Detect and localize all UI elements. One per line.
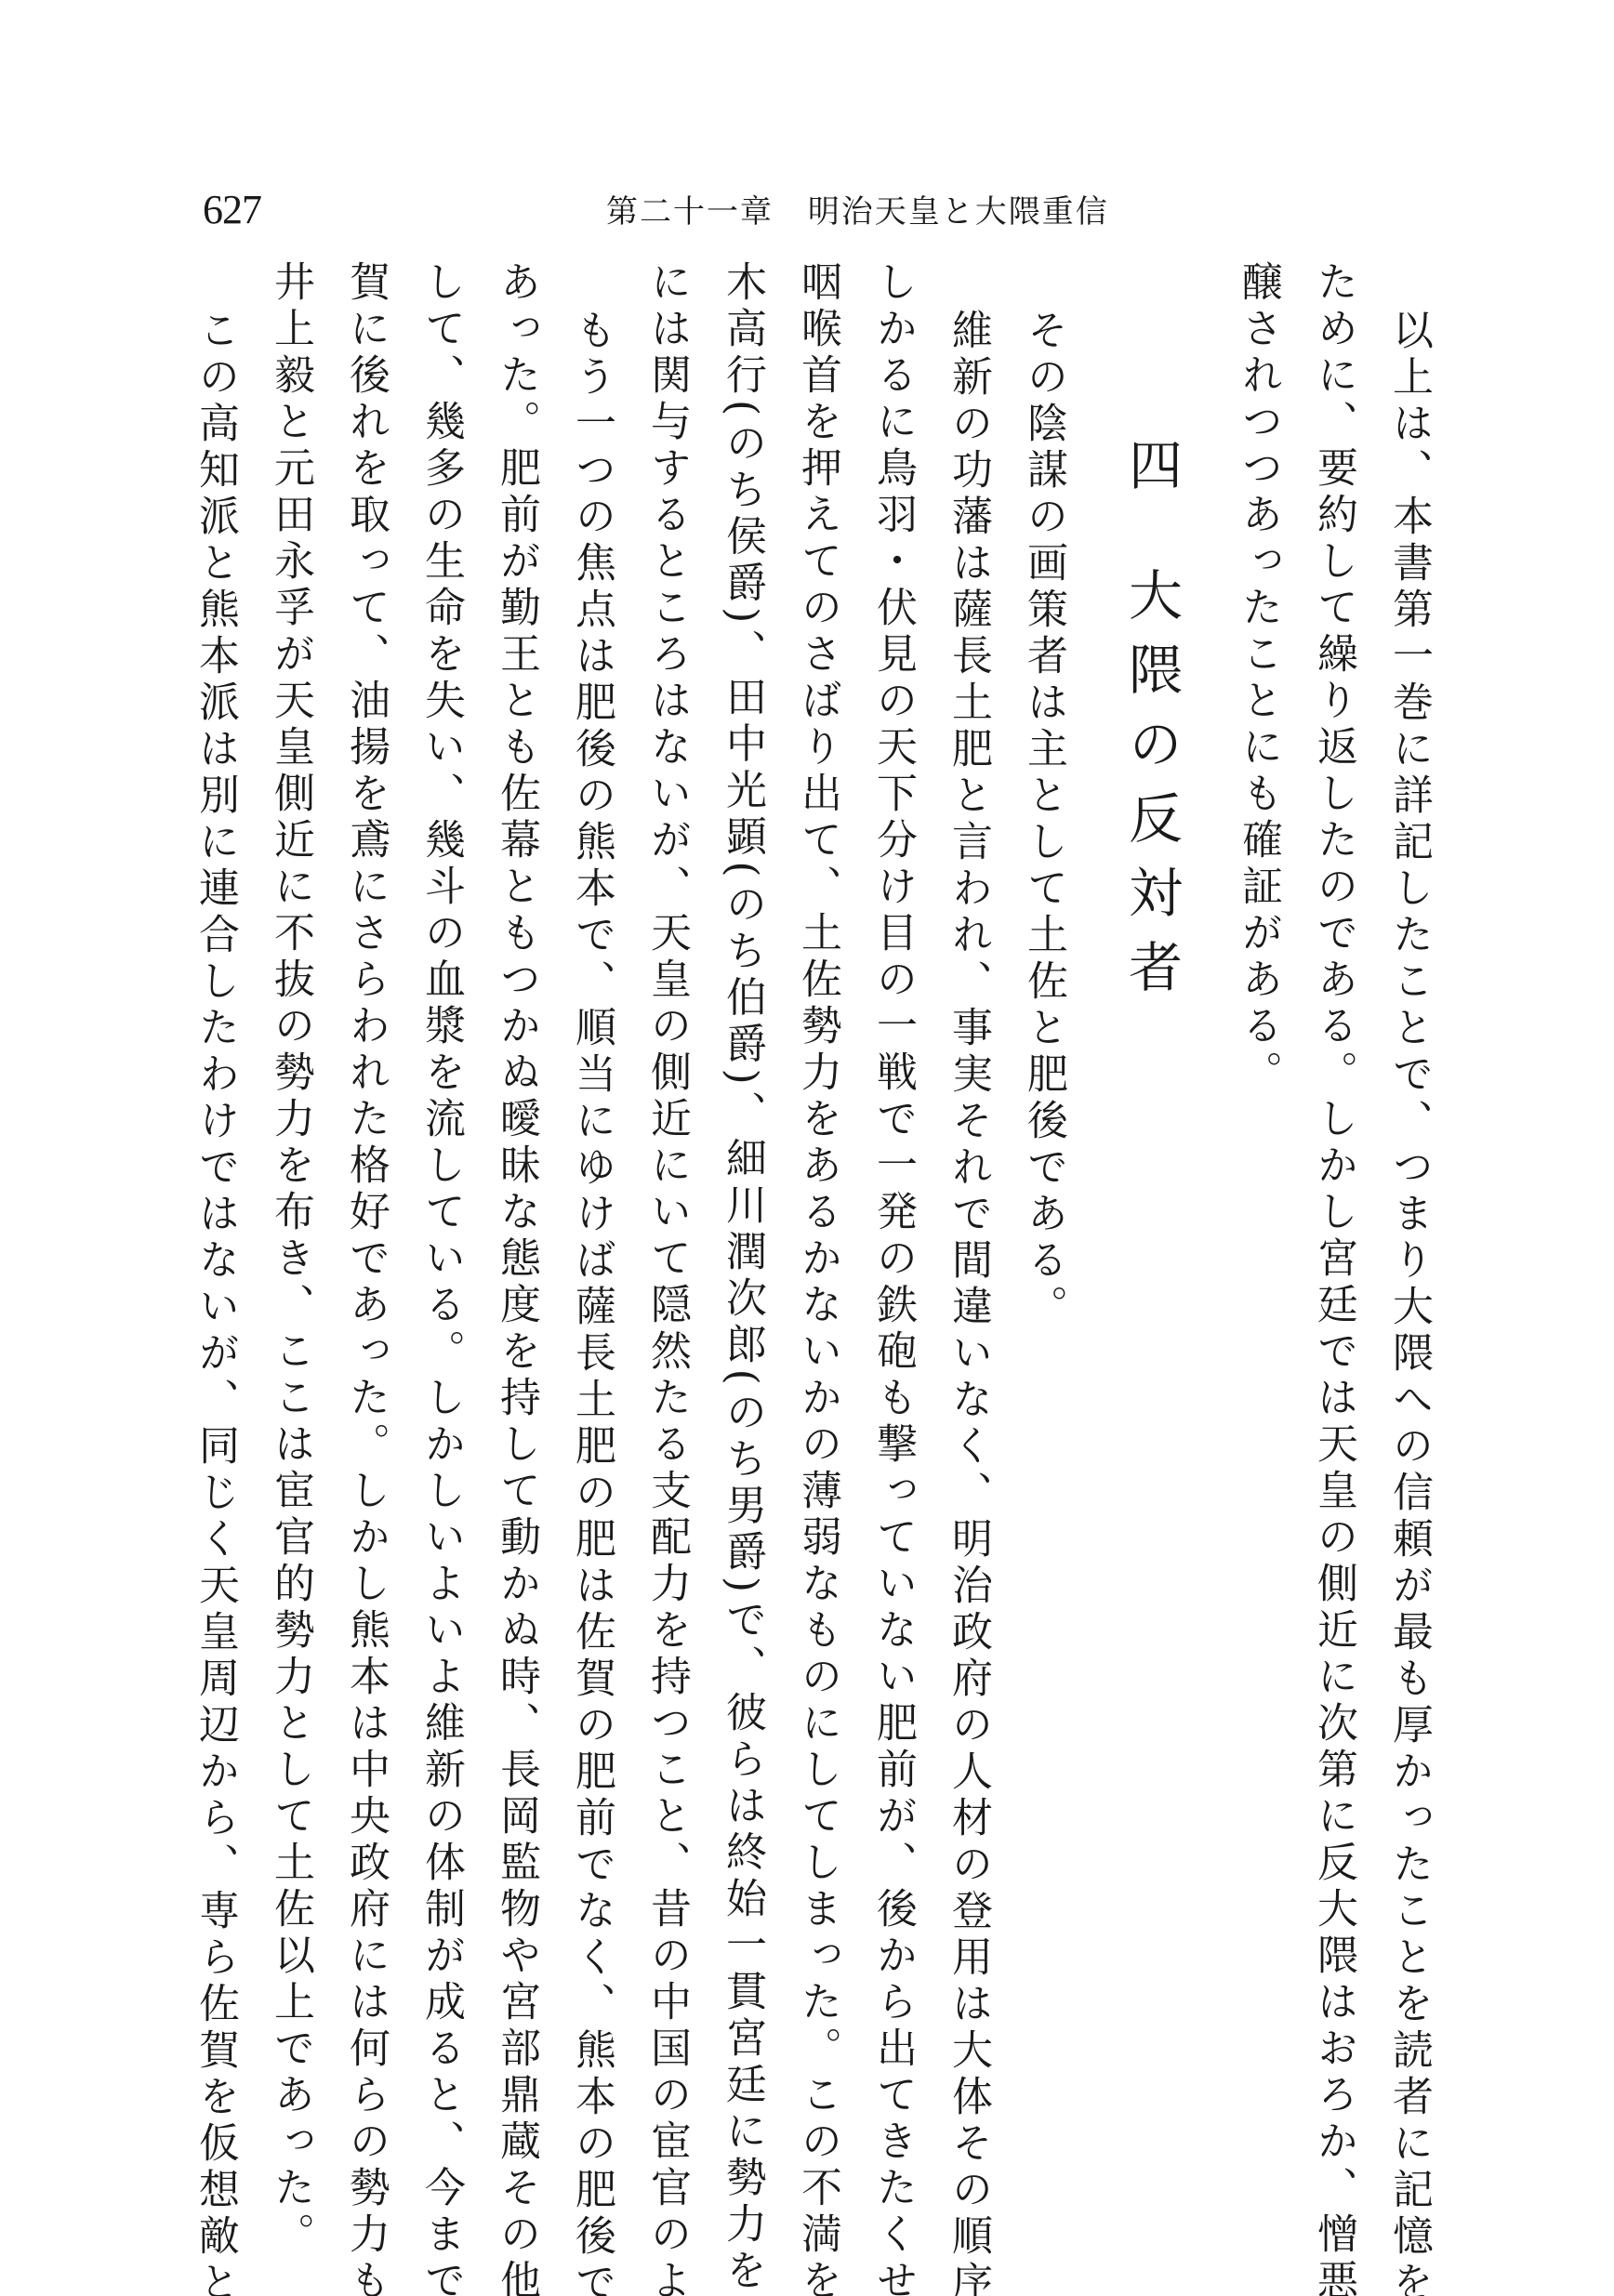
chapter-title: 明治天皇と大隈重信 — [808, 193, 1109, 231]
section-heading: 四大隈の反対者 — [1081, 260, 1221, 2119]
text-column: には関与するところはないが、天皇の側近にいて隠然たる支配力を持つこと、昔の中国の… — [629, 260, 705, 2119]
text-column: 井上毅と元田永孚が天皇側近に不抜の勢力を布き、ここは宦官的勢力として土佐以上であ… — [253, 260, 328, 2119]
text-column: ために、要約して繰り返したのである。しかし宮廷では天皇の側近に次第に反大隈はおろ… — [1296, 260, 1371, 2119]
text-column: もう一つの焦点は肥後の熊本で、順当にゆけば薩長土肥の肥は佐賀の肥前でなく、熊本の… — [554, 260, 629, 2119]
page-number: 627 — [203, 186, 261, 233]
text-column: その陰謀の画策者は主として土佐と肥後である。 — [1006, 260, 1081, 2119]
body-text: 以上は、本書第一巻に詳記したことで、つまり大隈への信頼が最も厚かったことを読者に… — [178, 260, 1447, 2119]
text-column: しかるに鳥羽・伏見の天下分け目の一戦で一発の鉄砲も撃っていない肥前が、後から出て… — [855, 260, 931, 2119]
text-column: 木高行(のち侯爵)、田中光顕(のち伯爵)、細川潤次郎(のち男爵)で、彼らは終始一… — [705, 260, 780, 2119]
text-column: 維新の功藩は薩長土肥と言われ、事実それで間違いなく、明治政府の人材の登用は大体そ… — [931, 260, 1006, 2119]
text-column: 以上は、本書第一巻に詳記したことで、つまり大隈への信頼が最も厚かったことを読者に… — [1371, 260, 1447, 2119]
text-column: 賀に後れを取って、油揚を鳶にさらわれた格好であった。しかし熊本は中央政府には何ら… — [328, 260, 403, 2119]
text-column: あった。肥前が勤王とも佐幕ともつかぬ曖昧な態度を持して動かぬ時、長岡監物や宮部鼎… — [479, 260, 554, 2119]
section-title: 大隈の反対者 — [1119, 567, 1183, 1013]
text-column: 咽喉首を押えてのさばり出て、土佐勢力をあるかないかの薄弱なものにしてしまった。こ… — [780, 260, 855, 2119]
chapter-number: 第二十一章 — [606, 193, 774, 231]
text-column: この高知派と熊本派は別に連合したわけではないが、同じく天皇周辺から、専ら佐賀を仮… — [178, 260, 253, 2119]
section-number: 四 — [1081, 437, 1221, 511]
text-column: して、幾多の生命を失い、幾斗の血漿を流している。しかしいよいよ維新の体制が成ると… — [403, 260, 479, 2119]
running-head: 第二十一章 明治天皇と大隈重信 — [606, 186, 1109, 231]
text-column: 醸されつつあったことにも確証がある。 — [1221, 260, 1296, 2119]
